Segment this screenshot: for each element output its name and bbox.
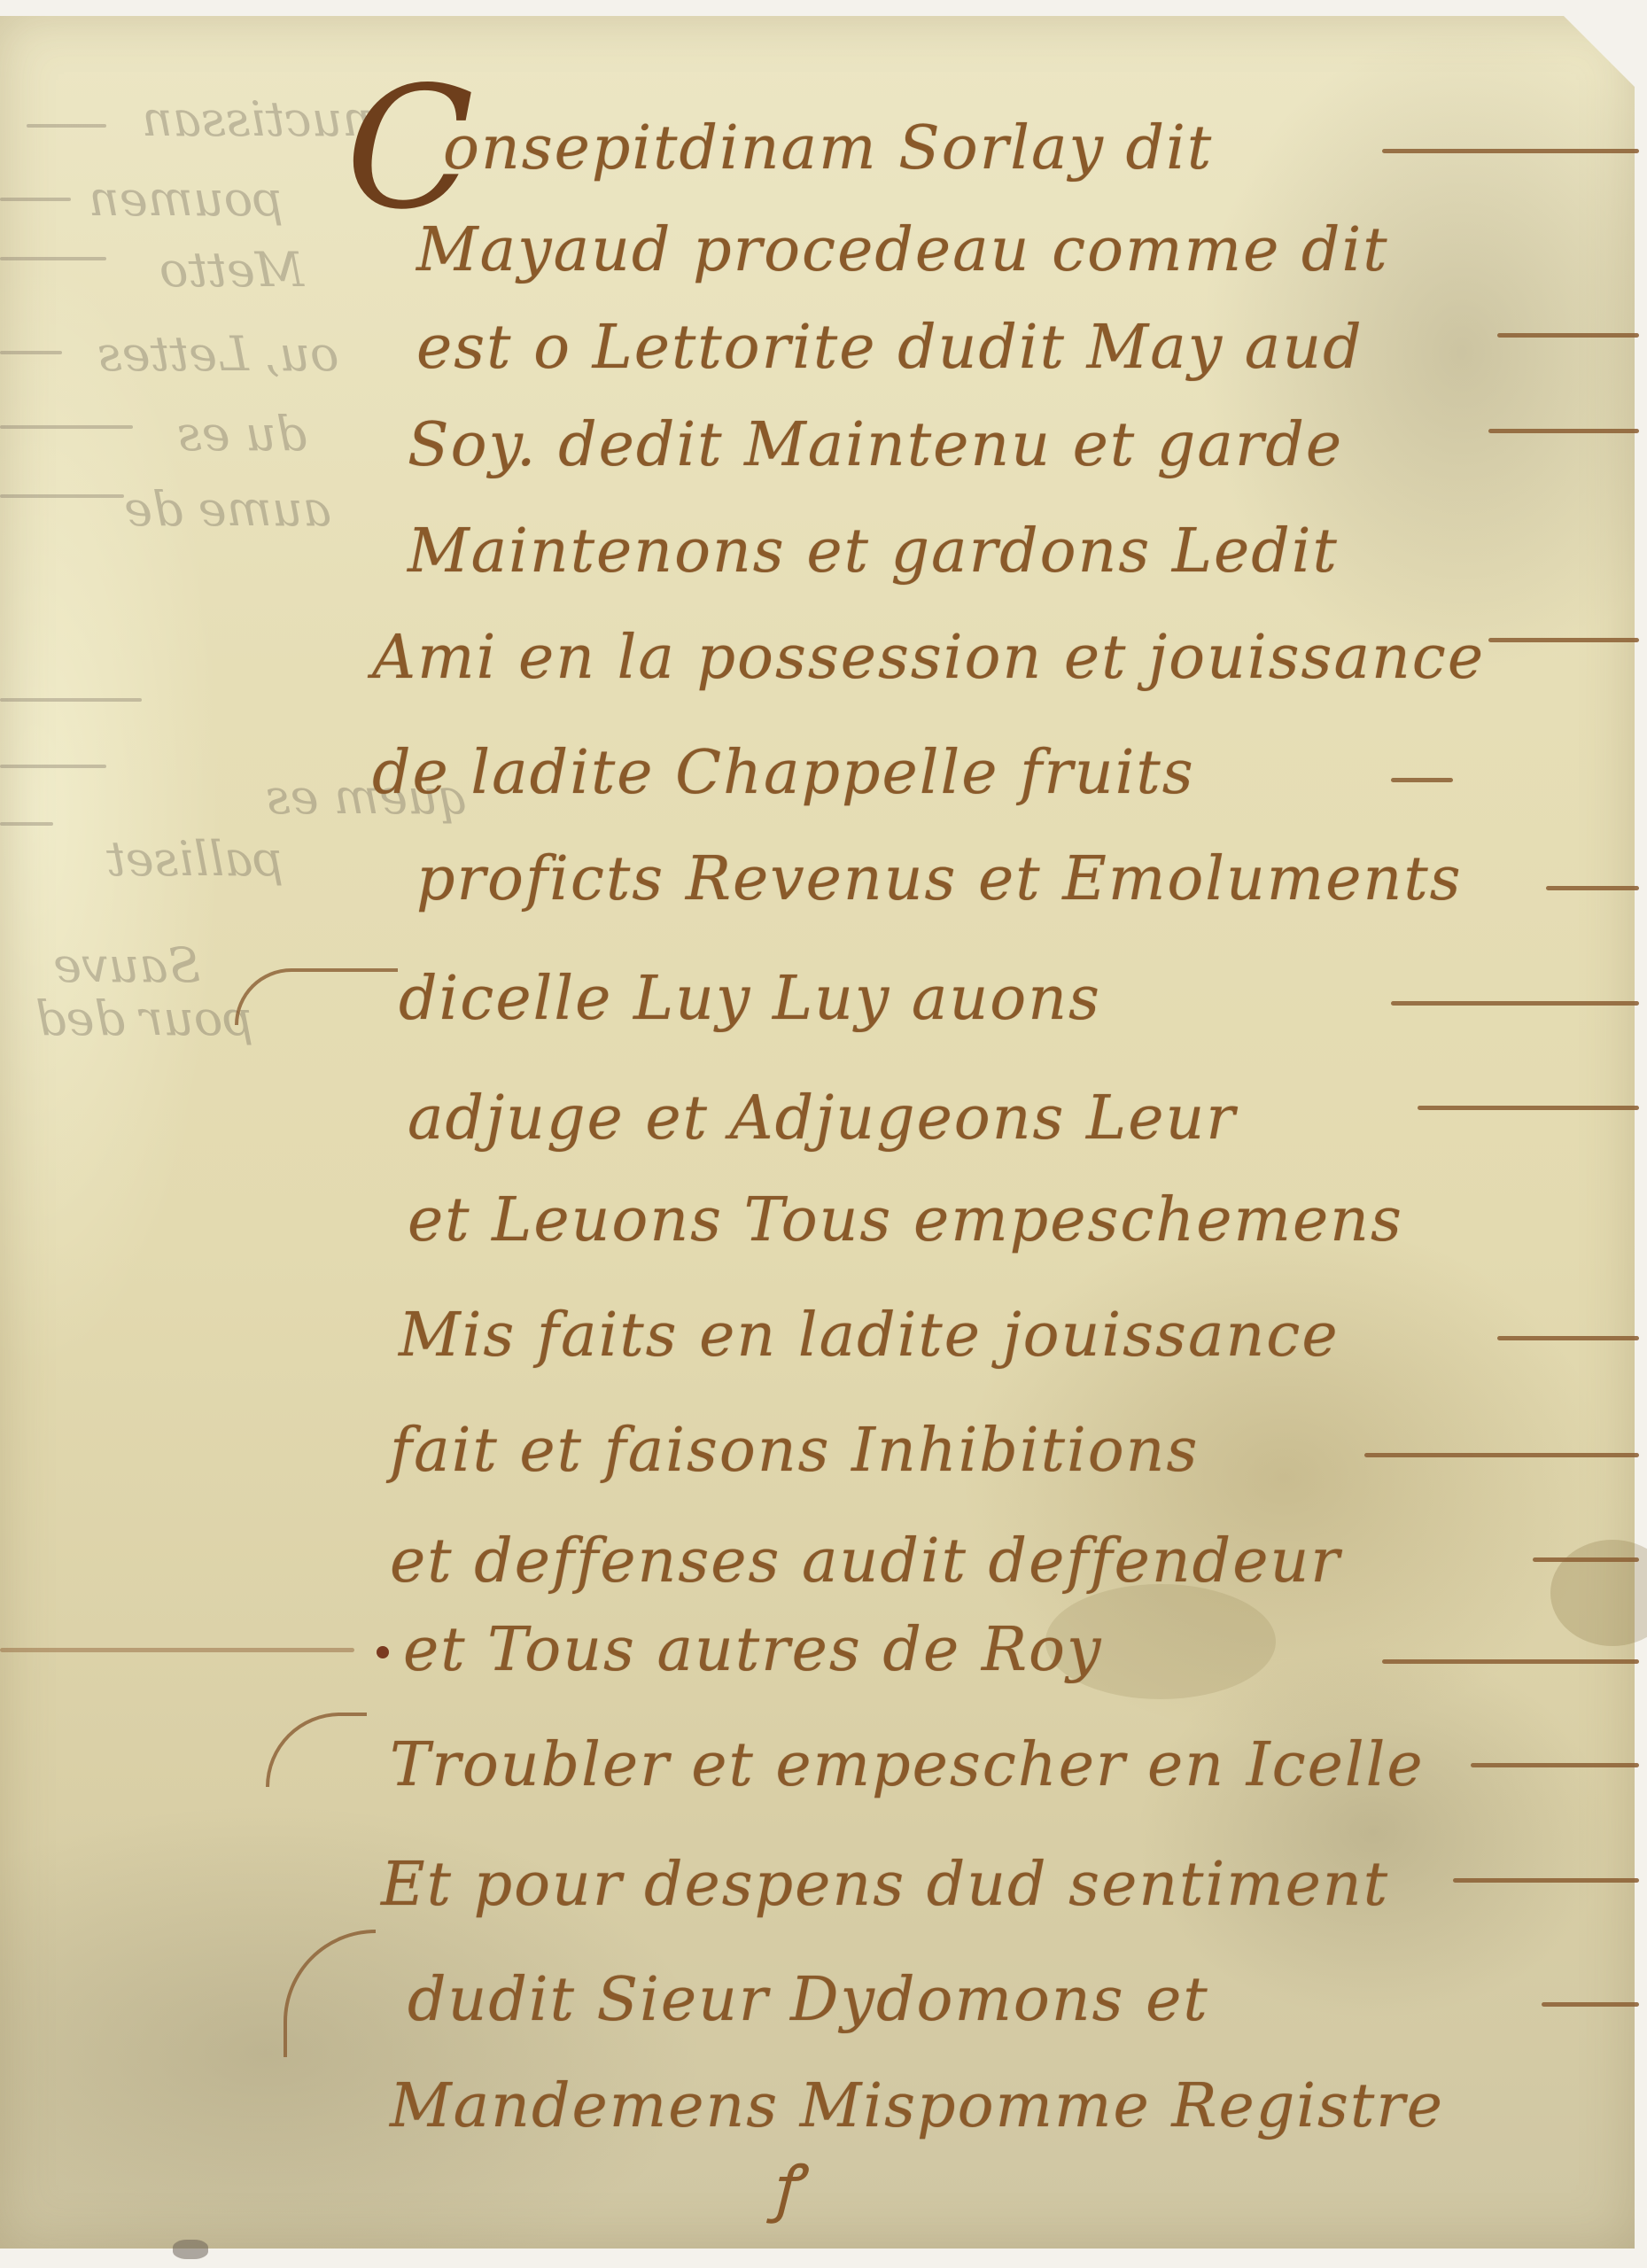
line-text: onsepitdinam Sorlay dit — [443, 113, 1213, 183]
fill-rule — [1533, 1557, 1639, 1562]
fill-rule — [1488, 638, 1639, 642]
fill-rule — [1364, 1453, 1639, 1457]
manuscript-line: proficts Revenus et Emoluments — [0, 813, 1635, 946]
fill-rule — [1497, 1336, 1639, 1340]
line-text: fait et faisons Inhibitions — [390, 1416, 1199, 1486]
manuscript-line: Troubler et empescher en Icelle — [0, 1699, 1635, 1832]
manuscript-line: Mis faits en ladite jouissance — [0, 1265, 1635, 1398]
line-text: adjuge et Adjugeons Leur — [408, 1084, 1237, 1153]
line-text: de ladite Chappelle fruits — [372, 738, 1195, 808]
line-text: Maintenons et gardons Ledit — [408, 517, 1339, 586]
manuscript-line: Et pour despens dud sentiment — [0, 1814, 1635, 1947]
manuscript-line: Mandemens Mispomme Registre — [0, 2036, 1635, 2169]
line-text: Ami en la possession et jouissance — [372, 623, 1485, 693]
fill-rule — [1471, 1763, 1639, 1767]
line-text: et Tous autres de Roy — [403, 1615, 1102, 1685]
line-text: Mandemens Mispomme Registre — [390, 2071, 1444, 2141]
line-text: Et pour despens dud sentiment — [381, 1850, 1389, 1920]
line-text: Mayaud procedeau comme dit — [416, 215, 1389, 285]
fill-rule — [1542, 2002, 1639, 2007]
fill-rule — [1488, 429, 1639, 433]
line-text: Mis faits en ladite jouissance — [399, 1301, 1340, 1371]
fill-rule — [1453, 1878, 1639, 1883]
fill-rule — [1391, 778, 1453, 782]
line-text: dudit Sieur Dydomons et — [408, 1965, 1209, 2035]
line-text: et deffenses audit deffendeur — [390, 1526, 1341, 1596]
signature-mark: ꝭ — [771, 2142, 800, 2227]
stain — [173, 2240, 208, 2259]
line-text: Soy. dedit Maintenu et garde — [408, 410, 1343, 480]
fill-rule — [1391, 1001, 1639, 1006]
manuscript-line: dicelle Luy Luy auons — [0, 937, 1635, 1070]
line-text: proficts Revenus et Emoluments — [416, 844, 1463, 914]
fill-rule — [1382, 1659, 1639, 1664]
fill-rule — [0, 1648, 354, 1652]
line-text: et Leuons Tous empeschemens — [408, 1185, 1403, 1255]
line-text: dicelle Luy Luy auons — [399, 964, 1101, 1034]
fill-rule — [1382, 149, 1639, 153]
line-text: est o Lettorite dudit May aud — [416, 313, 1363, 383]
fill-rule — [1418, 1106, 1639, 1110]
page-corner-fold — [1564, 16, 1635, 87]
fill-rule — [1546, 886, 1639, 890]
line-text: Troubler et empescher en Icelle — [390, 1730, 1425, 1800]
manuscript-page: nuctissan poumen Metto ou, Lettes du es … — [0, 16, 1635, 2249]
fill-rule — [1497, 333, 1639, 338]
manuscript-line: Ami en la possession et jouissance — [0, 592, 1635, 725]
